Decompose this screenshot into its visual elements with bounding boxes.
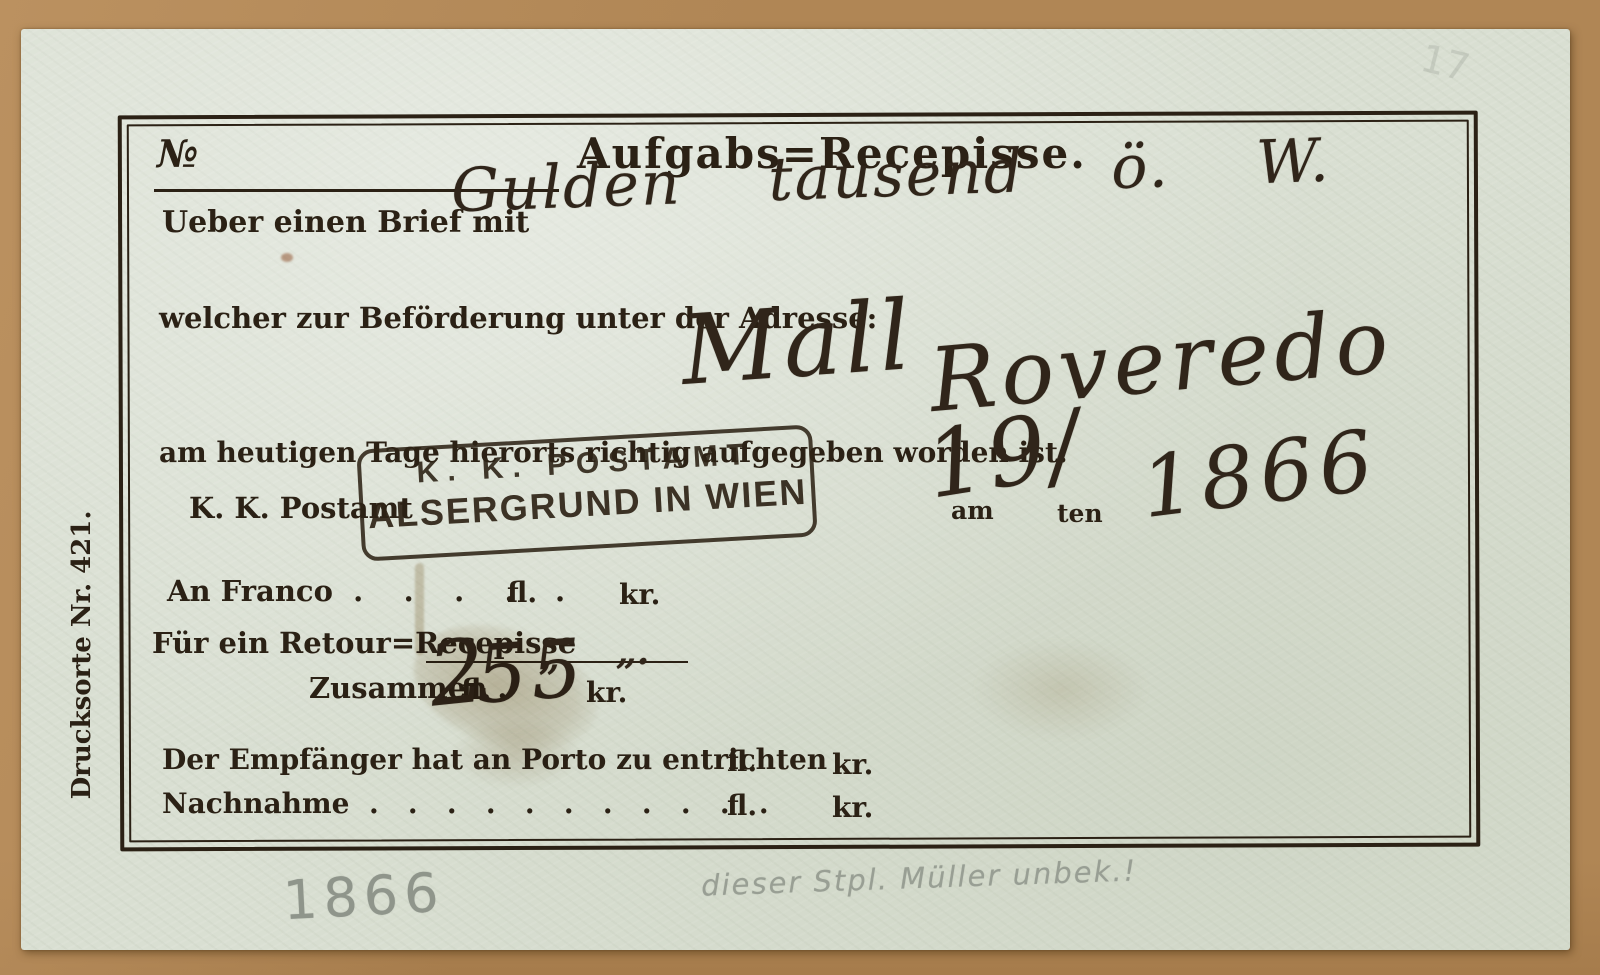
zusammen-kr-unit: kr. [586,676,627,709]
handwritten-addressee-first: Mall [677,279,917,407]
franco-label: An Franco . . . . . [167,574,565,608]
handwritten-ditto-two: „. [616,631,649,673]
number-label: № [157,131,198,176]
handwritten-sum-kreuzer: 55 [473,621,589,721]
pencil-note-annotation: dieser Stpl. Müller unbek.! [701,853,1138,902]
print-ref-vertical: Drucksorte Nr. 421. [67,495,99,815]
franco-kr-unit: kr. [619,578,660,611]
nachnahme-fl-unit: fl. [727,789,757,822]
pencil-corner-mark: 17 [1416,36,1474,90]
porto-kr-unit: kr. [832,748,873,781]
receipt-paper: Aufgabs=Recepisse. № Ueber einen Brief m… [21,29,1570,950]
nachnahme-label: Nachnahme . . . . . . . . . . . [162,787,769,820]
franco-fl-unit: fl. [507,576,537,609]
porto-fl-unit: fl. [727,745,757,778]
nachnahme-kr-unit: kr. [832,791,873,824]
pencil-year-annotation: 1866 [281,861,446,932]
date-suffix-label: ten [1057,499,1103,528]
